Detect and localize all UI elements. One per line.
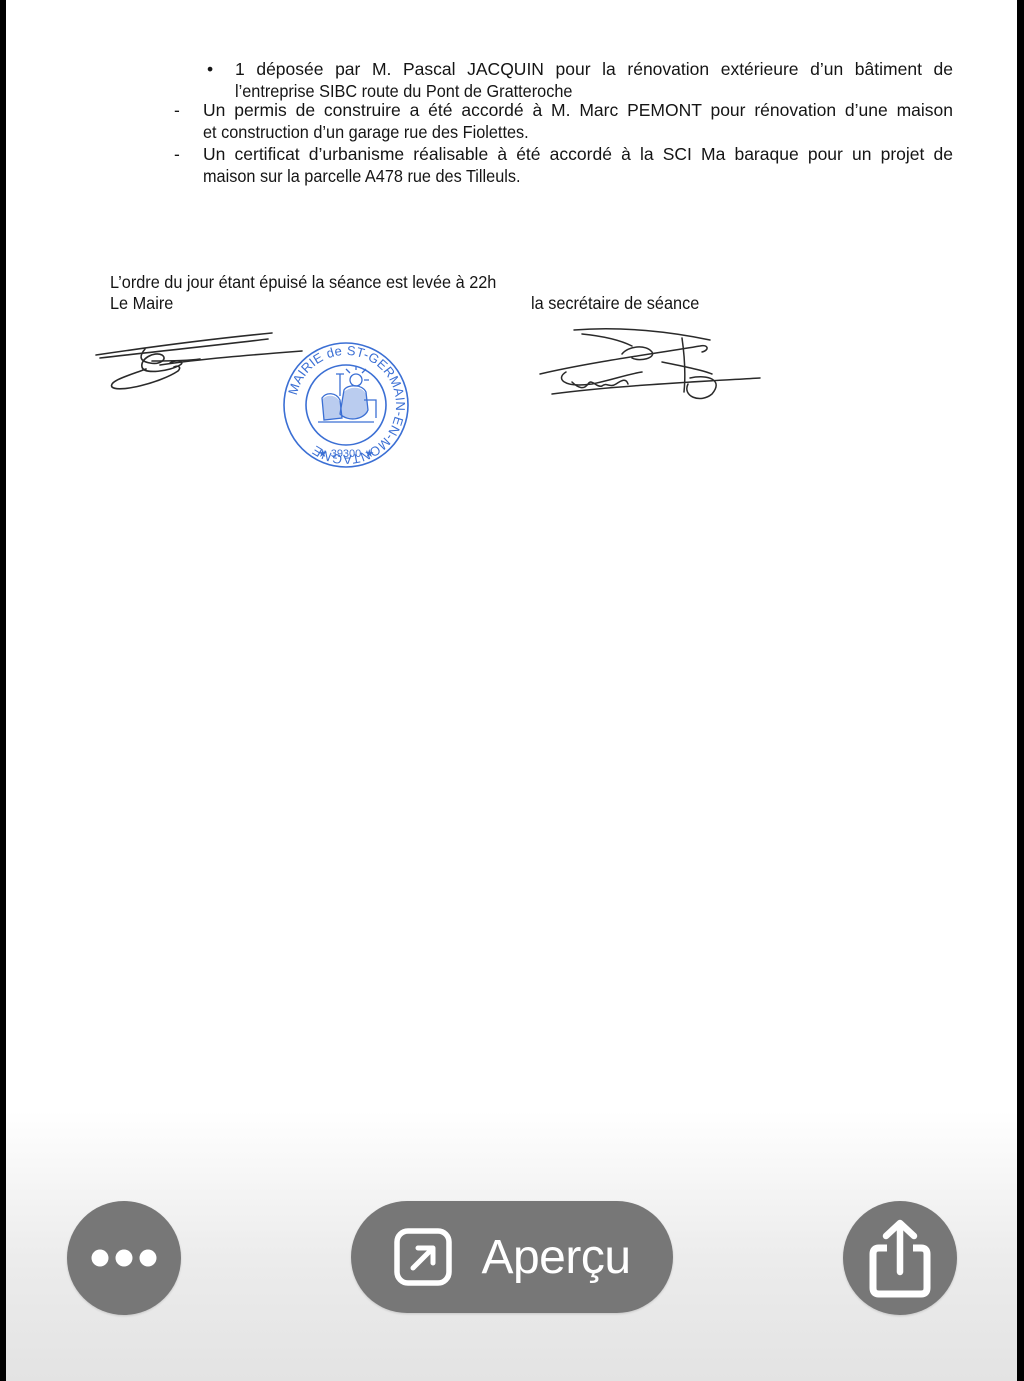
screen: • 1 déposée par M. Pascal JACQUIN pour l… <box>6 0 1017 1381</box>
bullet-marker: • <box>207 58 213 80</box>
dash-item-1-line-2: et construction d’un garage rue des Fiol… <box>203 121 529 143</box>
stamp-bottom-text: ★ 39300 ★ <box>318 448 375 460</box>
dash-item-2-line-1: Un certificat d’urbanisme réalisable à é… <box>203 143 953 165</box>
dash-item-2-line-2: maison sur la parcelle A478 rue des Till… <box>203 165 521 187</box>
open-external-icon <box>393 1227 453 1287</box>
dash-marker: - <box>174 143 180 165</box>
share-icon <box>867 1218 933 1298</box>
dash-marker: - <box>174 99 180 121</box>
mayor-signature <box>90 325 310 395</box>
dash-item-1-line-1: Un permis de construire a été accordé à … <box>203 99 953 121</box>
secretary-signature <box>532 322 772 412</box>
signatory-secretary-label: la secrétaire de séance <box>531 292 699 314</box>
closing-statement: L’ordre du jour étant épuisé la séance e… <box>110 271 496 293</box>
bullet-line-1: 1 déposée par M. Pascal JACQUIN pour la … <box>235 58 953 80</box>
town-hall-stamp: MAIRIE de ST-GERMAIN-EN-MONTAGNE ★ 39300… <box>278 340 414 470</box>
preview-button[interactable]: Aperçu <box>351 1201 673 1313</box>
signatory-mayor-label: Le Maire <box>110 292 173 314</box>
preview-button-label: Aperçu <box>481 1230 630 1285</box>
more-options-button[interactable] <box>67 1201 181 1315</box>
share-button[interactable] <box>843 1201 957 1315</box>
ellipsis-icon <box>89 1248 159 1268</box>
